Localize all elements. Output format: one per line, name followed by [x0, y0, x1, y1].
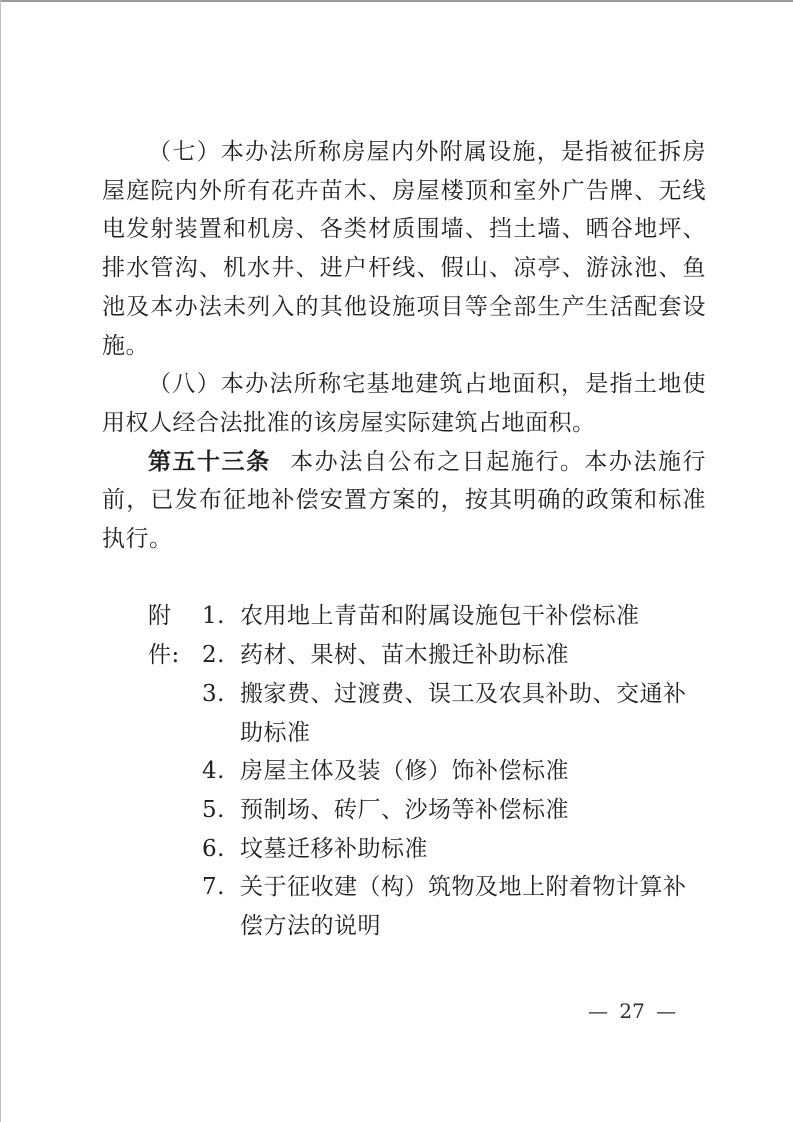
attachment-item-number: 5.: [202, 791, 240, 830]
page-number: — 27 —: [588, 999, 676, 1023]
attachment-item-number: 4.: [202, 752, 240, 791]
scan-edge-top-line: [0, 0, 793, 2]
document-page: （七）本办法所称房屋内外附属设施，是指被征拆房屋庭院内外所有花卉苗木、房屋楼顶和…: [0, 0, 793, 1122]
attachment-item-number: 2.: [202, 636, 240, 675]
attachment-item-title: 坟墓迁移补助标准: [240, 830, 706, 869]
attachment-item: 4. 房屋主体及装（修）饰补偿标准: [202, 752, 706, 791]
paragraph-clause-eight: （八）本办法所称宅基地建筑占地面积，是指土地使用权人经合法批准的该房屋实际建筑占…: [102, 365, 706, 442]
attachment-item-number: 1.: [202, 597, 240, 636]
document-body: （七）本办法所称房屋内外附属设施，是指被征拆房屋庭院内外所有花卉苗木、房屋楼顶和…: [102, 133, 706, 946]
attachment-item-title: 预制场、砖厂、沙场等补偿标准: [240, 791, 706, 830]
attachments-label: 附件:: [148, 597, 202, 674]
attachment-item-title: 房屋主体及装（修）饰补偿标准: [240, 752, 706, 791]
attachment-item: 6. 坟墓迁移补助标准: [202, 830, 706, 869]
attachment-item: 2. 药材、果树、苗木搬迁补助标准: [202, 636, 706, 675]
attachment-item-title: 农用地上青苗和附属设施包干补偿标准: [240, 597, 706, 636]
attachments-list: 1. 农用地上青苗和附属设施包干补偿标准 2. 药材、果树、苗木搬迁补助标准 3…: [202, 597, 706, 945]
scan-edge-left-line: [0, 0, 1, 1122]
attachment-item: 7. 关于征收建（构）筑物及地上附着物计算补偿方法的说明: [202, 868, 706, 945]
attachment-item: 5. 预制场、砖厂、沙场等补偿标准: [202, 791, 706, 830]
attachment-item-number: 7.: [202, 868, 240, 907]
paragraph-article-53: 第五十三条本办法自公布之日起施行。本办法施行前，已发布征地补偿安置方案的，按其明…: [102, 443, 706, 559]
attachment-item-title: 关于征收建（构）筑物及地上附着物计算补偿方法的说明: [240, 868, 706, 945]
attachments-section: 附件: 1. 农用地上青苗和附属设施包干补偿标准 2. 药材、果树、苗木搬迁补助…: [102, 597, 706, 945]
attachment-item: 3. 搬家费、过渡费、误工及农具补助、交通补助标准: [202, 675, 706, 752]
article-53-heading: 第五十三条: [148, 448, 271, 475]
paragraph-clause-seven: （七）本办法所称房屋内外附属设施，是指被征拆房屋庭院内外所有花卉苗木、房屋楼顶和…: [102, 133, 706, 365]
attachment-item: 1. 农用地上青苗和附属设施包干补偿标准: [202, 597, 706, 636]
attachment-item-number: 6.: [202, 830, 240, 869]
attachment-item-title: 药材、果树、苗木搬迁补助标准: [240, 636, 706, 675]
attachment-item-number: 3.: [202, 675, 240, 714]
attachment-item-title: 搬家费、过渡费、误工及农具补助、交通补助标准: [240, 675, 706, 752]
